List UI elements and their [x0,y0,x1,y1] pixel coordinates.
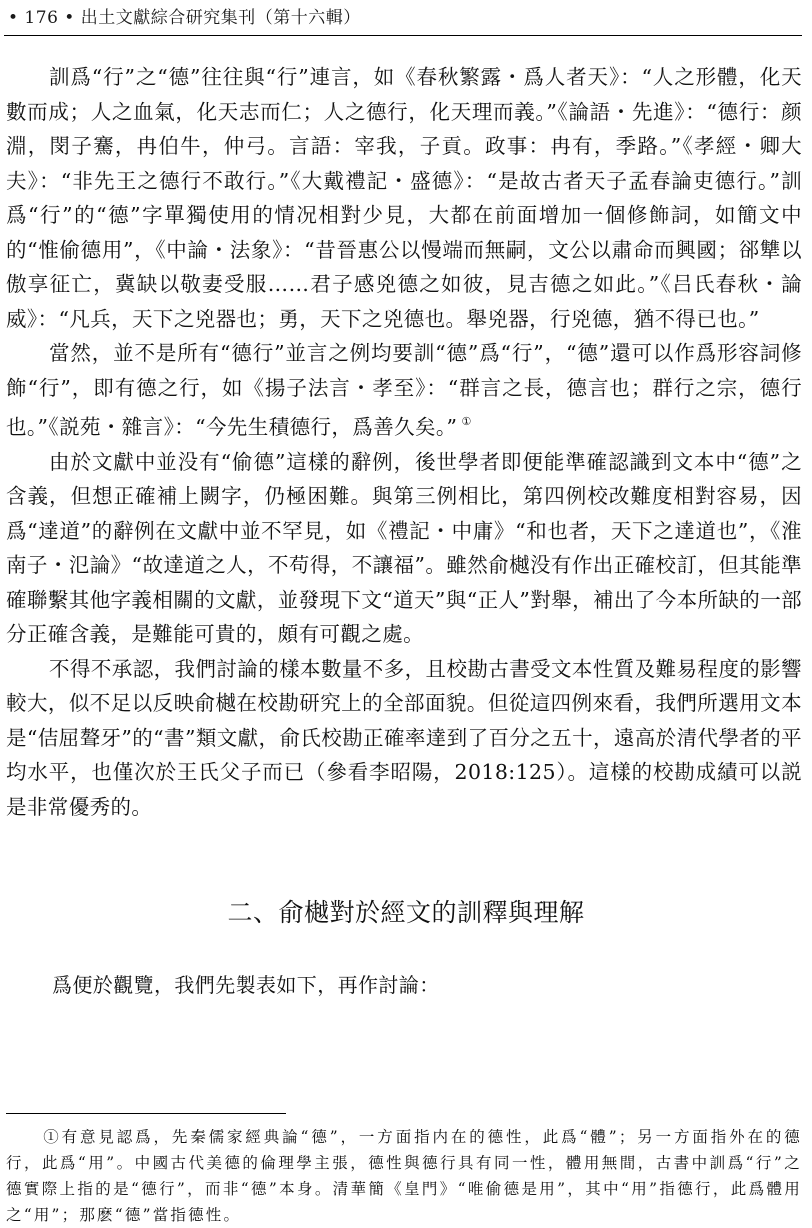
footnote: ①有意見認爲，先秦儒家經典論“德”，一方面指内在的德性，此爲“體”；另一方面指外… [6,1124,802,1228]
footnote-marker[interactable]: ① [461,415,471,428]
body-text: 訓爲“行”之“德”往往與“行”連言，如《春秋繁露・爲人者天》：“人之形體，化天數… [6,60,802,824]
paragraph-3: 由於文獻中並没有“偷德”這樣的辭例，後世學者即便能準確認識到文本中“德”之含義，… [6,445,802,652]
paragraph-2-text: 當然，並不是所有“德行”並言之例均要訓“德”爲“行”，“德”還可以作爲形容詞修飾… [6,341,802,439]
paragraph-4: 不得不承認，我們討論的樣本數量不多，且校勘古書受文本性質及難易程度的影響較大，似… [6,652,802,825]
running-head: • 176 • 出土文獻綜合研究集刊（第十六輯） [8,6,361,30]
section-title: 二、俞樾對於經文的訓釋與理解 [0,893,812,933]
footnote-text: ①有意見認爲，先秦儒家經典論“德”，一方面指内在的德性，此爲“體”；另一方面指外… [6,1124,802,1228]
paragraph-2: 當然，並不是所有“德行”並言之例均要訓“德”爲“行”，“德”還可以作爲形容詞修飾… [6,336,802,445]
footnote-rule [6,1113,286,1114]
header-rule [4,35,802,36]
paragraph-1: 訓爲“行”之“德”往往與“行”連言，如《春秋繁露・爲人者天》：“人之形體，化天數… [6,60,802,336]
section-lead-text: 爲便於觀覽，我們先製表如下，再作討論： [52,970,440,1000]
